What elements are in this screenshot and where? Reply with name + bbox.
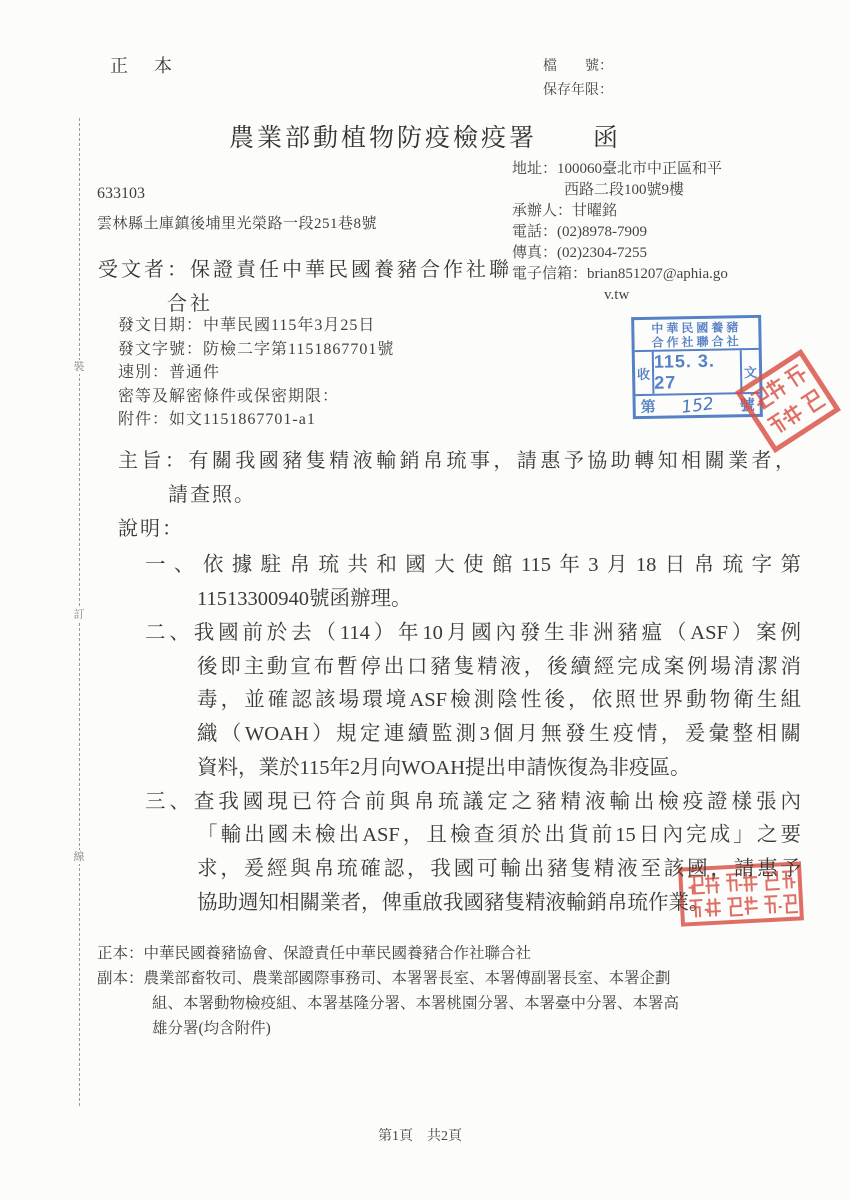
body-item1-line2: 11513300940號函辦理。 [197,581,801,611]
receipt-stamp-receive-label: 收 [635,352,655,394]
contact-phone: 電話：(02)8978-7909 [512,222,728,243]
issuance-meta-block: 發文日期：中華民國115年3月25日 發文字號：防檢二字第1151867701號… [118,314,394,432]
receipt-stamp-org: 中華民國養豬 合作社聯合社 [634,318,759,350]
contact-email-line2: v.tw [512,285,728,306]
binding-char-ding: 訂 [71,608,87,622]
page-number-footer: 第1頁 共2頁 [0,1125,840,1145]
distribution-block: 正本：中華民國養豬協會、保證責任中華民國養豬合作社聯合社 副本：農業部畜牧司、農… [97,941,679,1041]
body-item2-line3: 毒，並確認該場環境ASF檢測陰性後，依照世界動物衛生組 [197,682,801,712]
carbon-copy-line1: 副本：農業部畜牧司、農業部國際事務司、本署署長室、本署傅副署長室、本署企劃 [97,966,679,991]
copy-type-label: 正 本 [110,52,176,78]
contact-email-line1: 電子信箱：brian851207@aphia.go [512,264,728,285]
scanned-letter-page: 裝 訂 線 正 本 檔 號： 保存年限： 農業部動植物防疫檢疫署 函 地址：10… [0,0,849,1200]
retention-label: 保存年限： [543,79,613,103]
binding-char-xian: 線 [71,850,87,864]
issue-number: 發文字號：防檢二字第1151867701號 [118,338,394,362]
file-number-block: 檔 號： 保存年限： [543,55,613,103]
original-copy-line: 正本：中華民國養豬協會、保證責任中華民國養豬合作社聯合社 [97,941,679,966]
agency-contact-block: 地址：100060臺北市中正區和平 西路二段100號9樓 承辦人：甘曜銘 電話：… [512,159,728,306]
recipient-name-line2: 合社 [167,287,213,316]
binding-char-zhuang: 裝 [71,360,87,374]
body-item2-line5: 資料，業於115年2月向WOAH提出申請恢復為非疫區。 [197,750,801,780]
carbon-copy-line2: 組、本署動物檢疫組、本署基隆分署、本署桃園分署、本署臺中分署、本署高 [97,991,679,1016]
body-item1-line1: 一、依據駐帛琉共和國大使館115年3月18日帛琉字第 [145,547,801,577]
body-item2-line1: 二、我國前於去（114）年10月國內發生非洲豬瘟（ASF）案例 [145,615,801,645]
speed-class: 速別：普通件 [118,361,394,385]
file-no-label: 檔 號： [543,55,613,79]
receipt-stamp-date: 115. 3. 27 [654,350,741,393]
contact-fax: 傳真：(02)2304-7255 [512,243,728,264]
contact-officer: 承辦人：甘曜銘 [512,201,728,222]
issue-date: 發文日期：中華民國115年3月25日 [118,314,394,338]
receipt-number-value: 152 [655,390,741,420]
subject-line2: 請查照。 [168,478,256,507]
body-item2-line4: 織（WOAH）規定連續監測3個月無發生疫情，爰彙整相關 [197,716,801,746]
body-item3-line4: 協助週知相關業者，俾重啟我國豬隻精液輸銷帛琉作業。 [197,885,801,915]
agency-address-line2: 西路二段100號9樓 [512,180,728,201]
security-class: 密等及解密條件或保密期限： [118,385,394,409]
recipient-name-line1: 受文者：保證責任中華民國養豬合作社聯 [98,253,512,282]
carbon-copy-line3: 雄分署(均含附件) [97,1016,679,1041]
body-item3-line3: 求，爰經與帛琉確認，我國可輸出豬隻精液至該國，請惠予 [197,851,801,881]
document-title: 農業部動植物防疫檢疫署 函 [105,118,745,154]
subject-line1: 主旨：有關我國豬隻精液輸銷帛琉事，請惠予協助轉知相關業者， [118,444,795,473]
receipt-number-prefix: 第 [640,396,655,417]
recipient-address: 雲林縣土庫鎮後埔里光榮路一段251巷8號 [97,212,377,233]
body-item3-line1: 三、查我國現已符合前與帛琉議定之豬精液輸出檢疫證樣張內 [145,784,801,814]
body-item2-line2: 後即主動宣布暫停出口豬隻精液，後續經完成案例場清潔消 [197,649,801,679]
explanation-label: 說明： [118,512,184,541]
attachment-note: 附件：如文1151867701-a1 [118,408,394,432]
agency-address-line1: 地址：100060臺北市中正區和平 [512,159,728,180]
recipient-postal-code: 633103 [97,185,145,203]
body-item3-line2: 「輸出國未檢出ASF，且檢查須於出貨前15日內完成」之要 [197,817,801,847]
